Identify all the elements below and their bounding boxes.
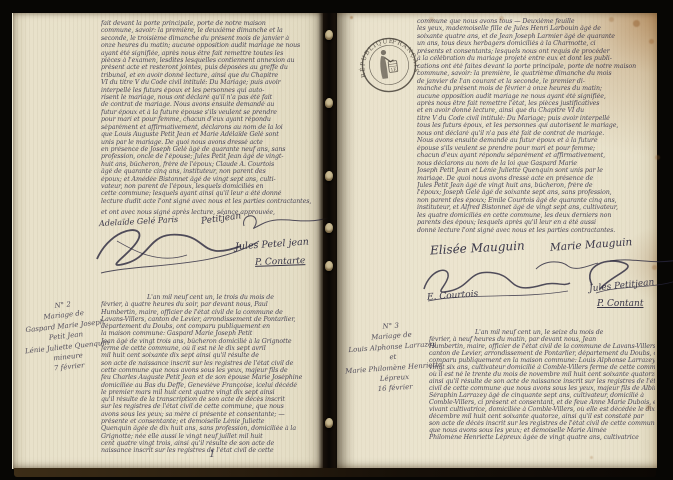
- act2-handwritten-text: L'an mil neuf cent un, le trois du mois …: [101, 294, 329, 455]
- marianne-figure-head: [381, 50, 387, 56]
- svg-text:1F.: 1F.: [390, 68, 397, 74]
- page-stack-edge: [14, 468, 656, 477]
- act1-handwritten-text: fait devant la porte principale, porte d…: [101, 20, 321, 205]
- binding-stitch: [324, 171, 333, 182]
- binding-stitch: [324, 98, 333, 109]
- act2-continuation-text: commune que nous avons tous — Deuxième f…: [417, 18, 655, 234]
- signature-p-contant: P. Contant: [597, 299, 643, 309]
- signature-flourish-large-right-left: [420, 261, 575, 309]
- binding-stitch: [324, 418, 333, 429]
- signature-marie-mauguin: Marie Mauguin: [550, 236, 633, 254]
- signature-p-contarte: P. Contarte: [255, 256, 306, 268]
- binding-stitch: [324, 30, 333, 41]
- binding-stitch: [324, 223, 333, 234]
- page-number: 1: [209, 449, 215, 460]
- scanned-register-spread: { "document": {"kind": "registre manuscr…: [0, 0, 673, 480]
- right-page: RÉPUBLIQUE FRANÇAISE 1F. commune que nou…: [337, 13, 657, 468]
- left-page: fait devant la porte principale, porte d…: [12, 13, 323, 469]
- binding-stitch: [324, 261, 333, 272]
- foxing-stains: [350, 16, 353, 19]
- republique-francaise-revenue-stamp: RÉPUBLIQUE FRANÇAISE 1F.: [353, 29, 424, 100]
- act3-handwritten-text: L'an mil neuf cent un, le seize du mois …: [429, 329, 655, 441]
- signature-elisee-mauguin: Elisée Mauguin: [430, 239, 525, 258]
- margin-note-act2: N° 2Mariage deGaspard Marie JosephPetit …: [17, 295, 114, 377]
